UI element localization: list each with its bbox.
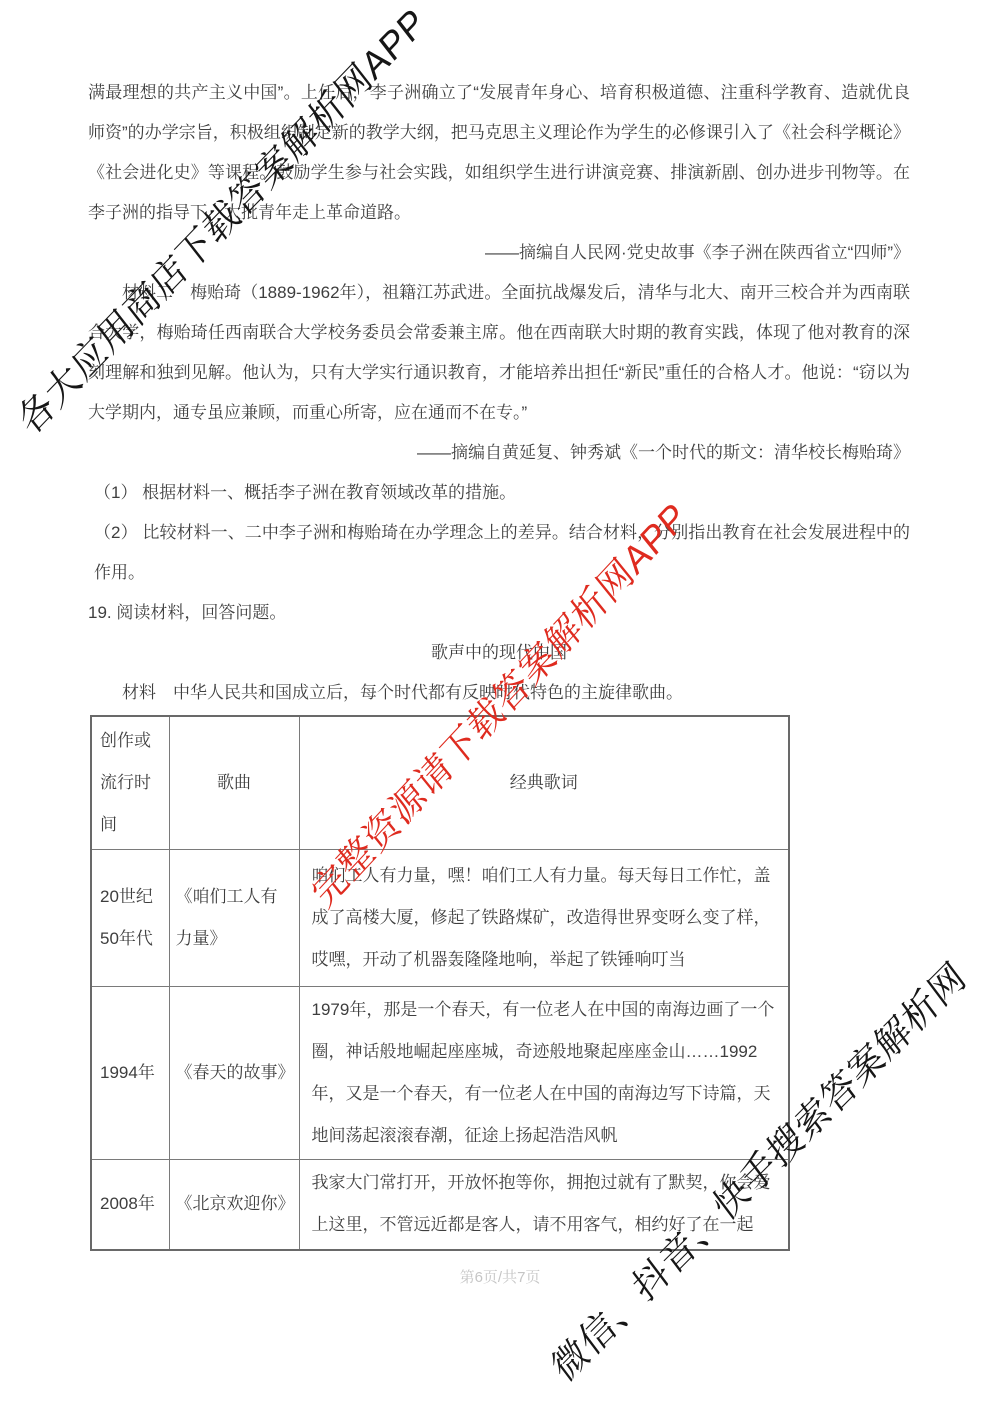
- table-cell-period: 20世纪50年代: [91, 849, 169, 986]
- table-header-song: 歌曲: [169, 716, 299, 849]
- question-19: 19. 阅读材料，回答问题。: [88, 593, 910, 633]
- table-cell-lyrics: 1979年，那是一个春天，有一位老人在中国的南海边画了一个圈，神话般地崛起座座城…: [299, 986, 789, 1159]
- table-row: 20世纪50年代 《咱们工人有力量》 咱们工人有力量，嘿！咱们工人有力量。每天每…: [91, 849, 789, 986]
- question-2: （2） 比较材料一、二中李子洲和梅贻琦在办学理念上的差异。结合材料，分别指出教育…: [88, 513, 910, 593]
- table-cell-song: 《北京欢迎你》: [169, 1159, 299, 1250]
- table-row: 1994年 《春天的故事》 1979年，那是一个春天，有一位老人在中国的南海边画…: [91, 986, 789, 1159]
- source-citation-2: ——摘编自黄延复、钟秀斌《一个时代的斯文：清华校长梅贻琦》: [88, 433, 910, 473]
- table-cell-period: 2008年: [91, 1159, 169, 1250]
- table-header-period: 创作或流行时间: [91, 716, 169, 849]
- table-cell-song: 《春天的故事》: [169, 986, 299, 1159]
- table-cell-period: 1994年: [91, 986, 169, 1159]
- table-cell-song: 《咱们工人有力量》: [169, 849, 299, 986]
- body-paragraph-material2: 材料二 梅贻琦（1889-1962年），祖籍江苏武进。全面抗战爆发后，清华与北大…: [88, 273, 910, 433]
- section-title: 歌声中的现代中国: [88, 633, 910, 673]
- question-1: （1） 根据材料一、概括李子洲在教育领域改革的措施。: [88, 473, 910, 513]
- page-number-indicator: 第6页/共7页: [0, 1266, 1000, 1287]
